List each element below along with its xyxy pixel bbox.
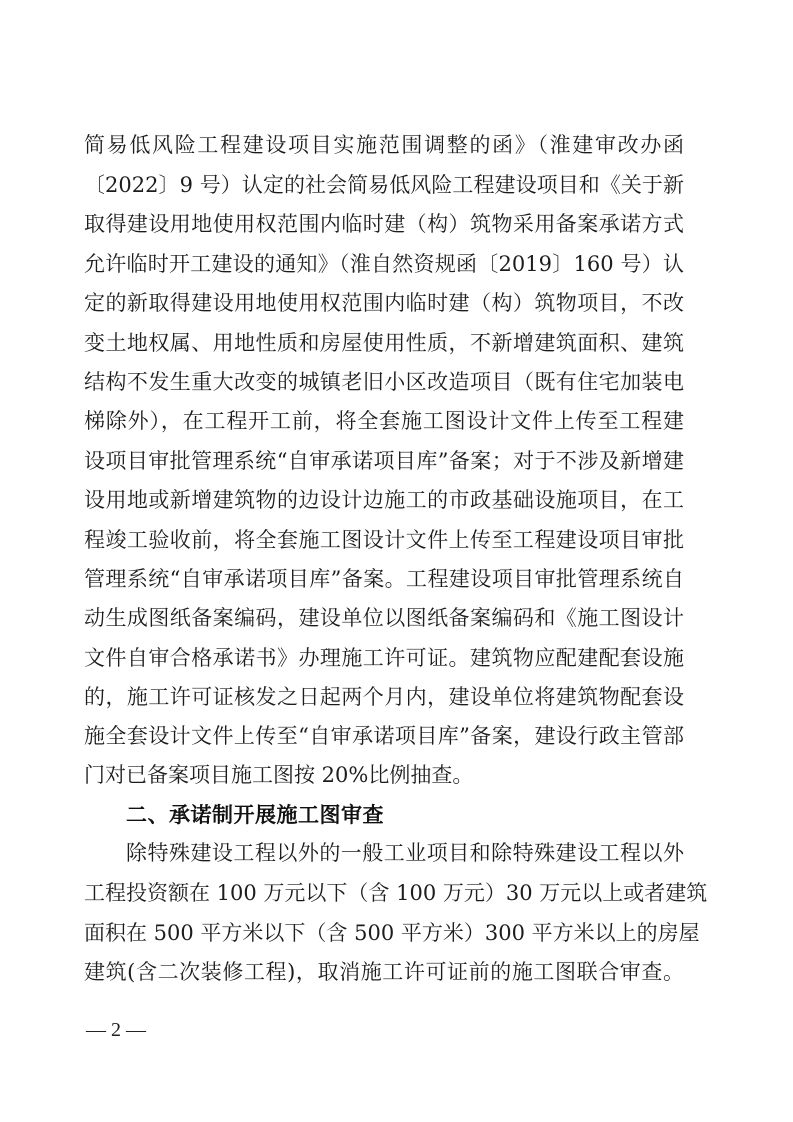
paragraph-line: 的，施工许可证核发之日起两个月内，建设单位将建筑物配套设 xyxy=(84,682,684,712)
page-number: — 2 — xyxy=(86,1018,146,1042)
paragraph-line: 面积在 500 平方米以下（含 500 平方米）300 平方米以上的房屋 xyxy=(84,918,684,948)
paragraph-line: 程竣工验收前，将全套施工图设计文件上传至工程建设项目审批 xyxy=(84,525,684,555)
paragraph-line: 变土地权属、用地性质和房屋使用性质，不新增建筑面积、建筑 xyxy=(84,328,684,358)
paragraph-line: 建筑(含二次装修工程)，取消施工许可证前的施工图联合审查。 xyxy=(84,957,684,987)
paragraph-line: 允许临时开工建设的通知》（淮自然资规函〔2019〕160 号）认 xyxy=(84,249,684,279)
paragraph-line: 〔2022〕9 号）认定的社会简易低风险工程建设项目和《关于新 xyxy=(84,170,684,200)
paragraph-line: 结构不发生重大改变的城镇老旧小区改造项目（既有住宅加装电 xyxy=(84,367,684,397)
paragraph-line: 取得建设用地使用权范围内临时建（构）筑物采用备案承诺方式 xyxy=(84,209,684,239)
paragraph-line: 简易低风险工程建设项目实施范围调整的函》（淮建审改办函 xyxy=(84,130,684,160)
paragraph-line: 梯除外），在工程开工前，将全套施工图设计文件上传至工程建 xyxy=(84,406,684,436)
paragraph-line: 动生成图纸备案编码，建设单位以图纸备案编码和《施工图设计 xyxy=(84,603,684,633)
section-heading: 二、承诺制开展施工图审查 xyxy=(126,800,384,830)
paragraph-line: 除特殊建设工程以外的一般工业项目和除特殊建设工程以外 xyxy=(126,838,684,868)
paragraph-line: 定的新取得建设用地使用权范围内临时建（构）筑物项目，不改 xyxy=(84,288,684,318)
paragraph-line: 设项目审批管理系统“自审承诺项目库”备案；对于不涉及新增建 xyxy=(84,446,684,476)
paragraph-line: 门对已备案项目施工图按 20%比例抽查。 xyxy=(84,760,684,790)
paragraph-line: 工程投资额在 100 万元以下（含 100 万元）30 万元以上或者建筑 xyxy=(84,878,684,908)
paragraph-line: 施全套设计文件上传至“自审承诺项目库”备案，建设行政主管部 xyxy=(84,721,684,751)
paragraph-line: 文件自审合格承诺书》办理施工许可证。建筑物应配建配套设施 xyxy=(84,643,684,673)
document-page: 简易低风险工程建设项目实施范围调整的函》（淮建审改办函 〔2022〕9 号）认定… xyxy=(0,0,793,1122)
paragraph-line: 设用地或新增建筑物的边设计边施工的市政基础设施项目，在工 xyxy=(84,485,684,515)
paragraph-line: 管理系统“自审承诺项目库”备案。工程建设项目审批管理系统自 xyxy=(84,564,684,594)
